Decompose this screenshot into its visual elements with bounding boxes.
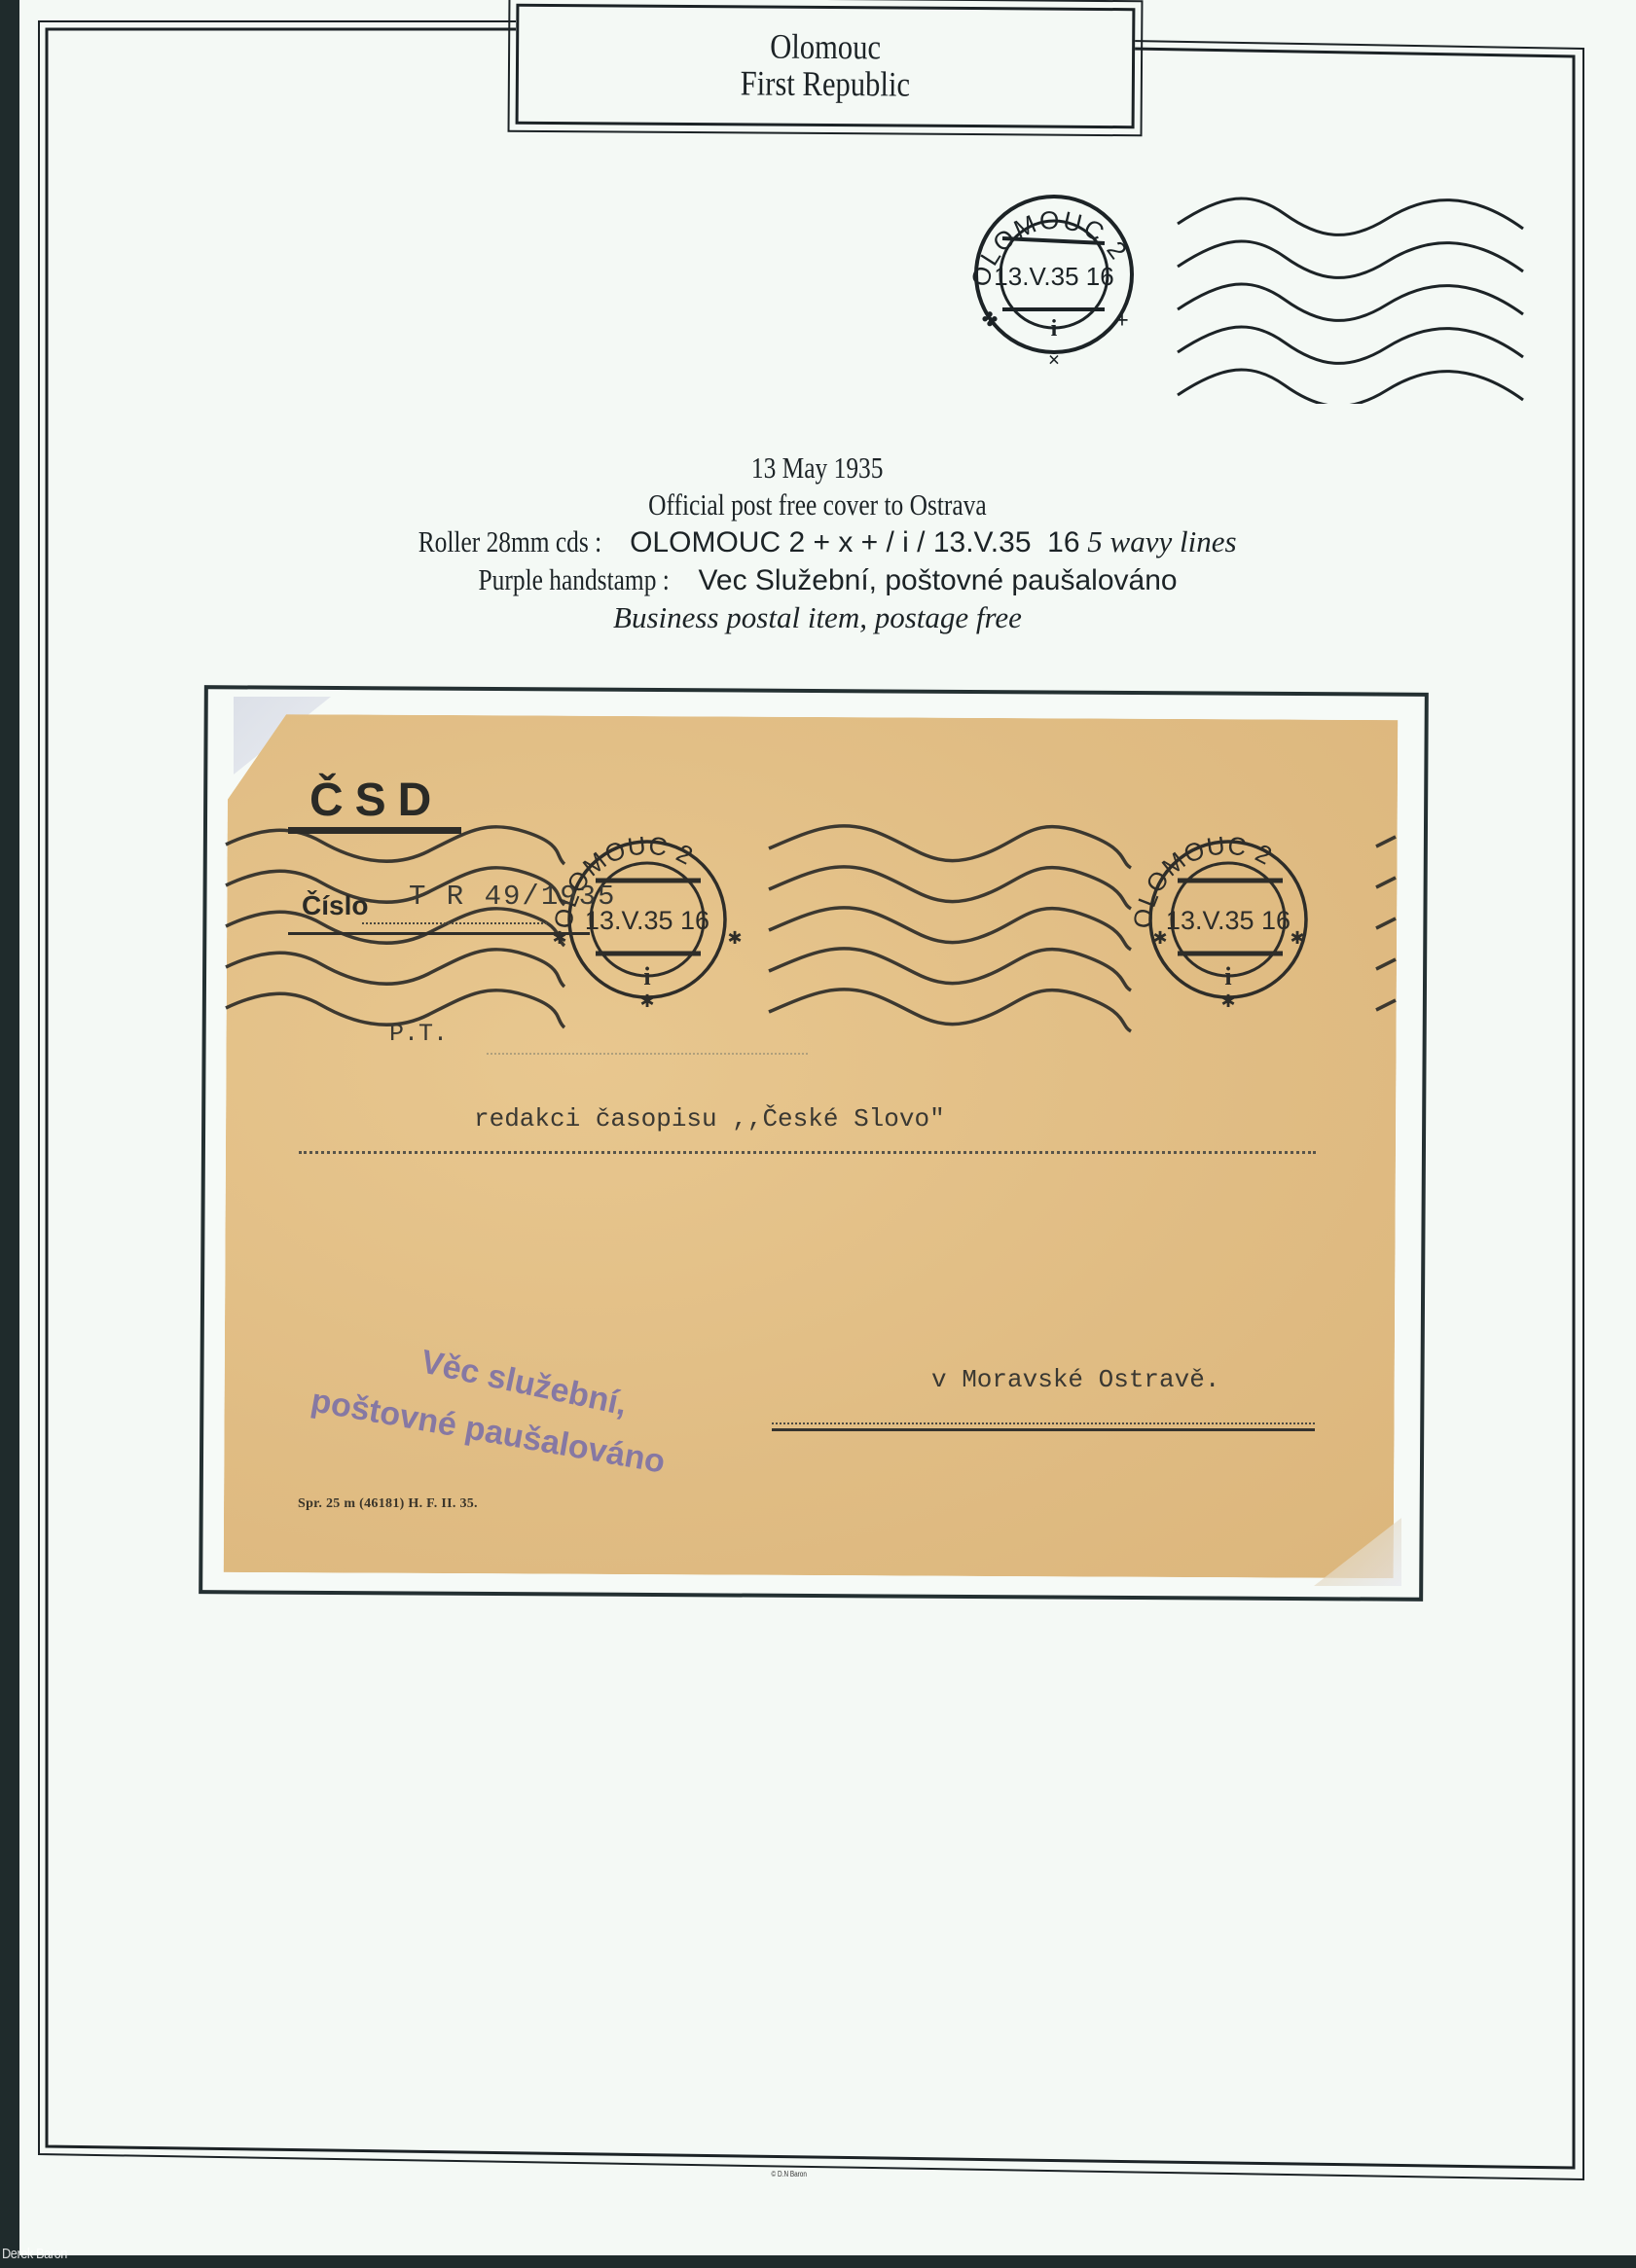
wavy-lines [1178, 198, 1523, 404]
svg-text:×: × [1048, 347, 1061, 372]
copyright-notice: © D.N Baron [772, 2170, 807, 2178]
scan-edge-left [0, 0, 19, 2268]
svg-text:+: + [1115, 308, 1129, 334]
scan-edge-bottom [0, 2255, 1636, 2268]
handstamp-value: Vec Služební, poštovné paušalováno [699, 564, 1178, 596]
salutation: P.T. [389, 1020, 448, 1048]
destination-rule [772, 1428, 1315, 1431]
envelope [224, 714, 1399, 1578]
handstamp-label: Purple handstamp : [479, 561, 670, 598]
roller-label: Roller 28mm cds : [418, 523, 602, 560]
address-dotted-line [487, 1053, 808, 1055]
caption-translation: Business postal item, postage free [613, 600, 1022, 634]
page-title: Olomouc [564, 26, 1086, 67]
reference-rule [288, 932, 590, 935]
roller-note: 5 wavy lines [1087, 524, 1236, 558]
caption-description: Official post free cover to Ostrava [648, 486, 987, 523]
watermark: Derek Baron [2, 2246, 67, 2262]
svg-text:13.V.35 16: 13.V.35 16 [994, 262, 1113, 291]
reference-label: Číslo [302, 890, 368, 921]
sender-imprint: ČSD [309, 774, 443, 827]
caption-block: 13 May 1935 Official post free cover to … [234, 450, 1401, 636]
svg-text:✤: ✤ [982, 309, 999, 331]
roller-value: OLOMOUC 2 + x + / i / 13.V.35 16 [630, 526, 1079, 558]
reference-value: T R 49/1935 [409, 881, 616, 913]
title-box: Olomouc First Republic [516, 4, 1136, 128]
destination: v Moravské Ostravě. [931, 1365, 1219, 1394]
destination-dotted-line [772, 1422, 1315, 1424]
svg-text:i: i [1051, 316, 1058, 342]
printer-imprint: Spr. 25 m (46181) H. F. II. 35. [298, 1496, 478, 1512]
page-subtitle: First Republic [564, 63, 1086, 104]
reference-dotted-line [362, 922, 547, 924]
caption-date: 13 May 1935 [751, 450, 884, 486]
postmark-illustration: OLOMOUC 2 13.V.35 16 i ✤ + × [939, 180, 1562, 404]
address-dotted-line [299, 1151, 1316, 1154]
addressee: redakci časopisu ,,České Slovo" [474, 1104, 945, 1134]
sender-underline [288, 827, 461, 834]
